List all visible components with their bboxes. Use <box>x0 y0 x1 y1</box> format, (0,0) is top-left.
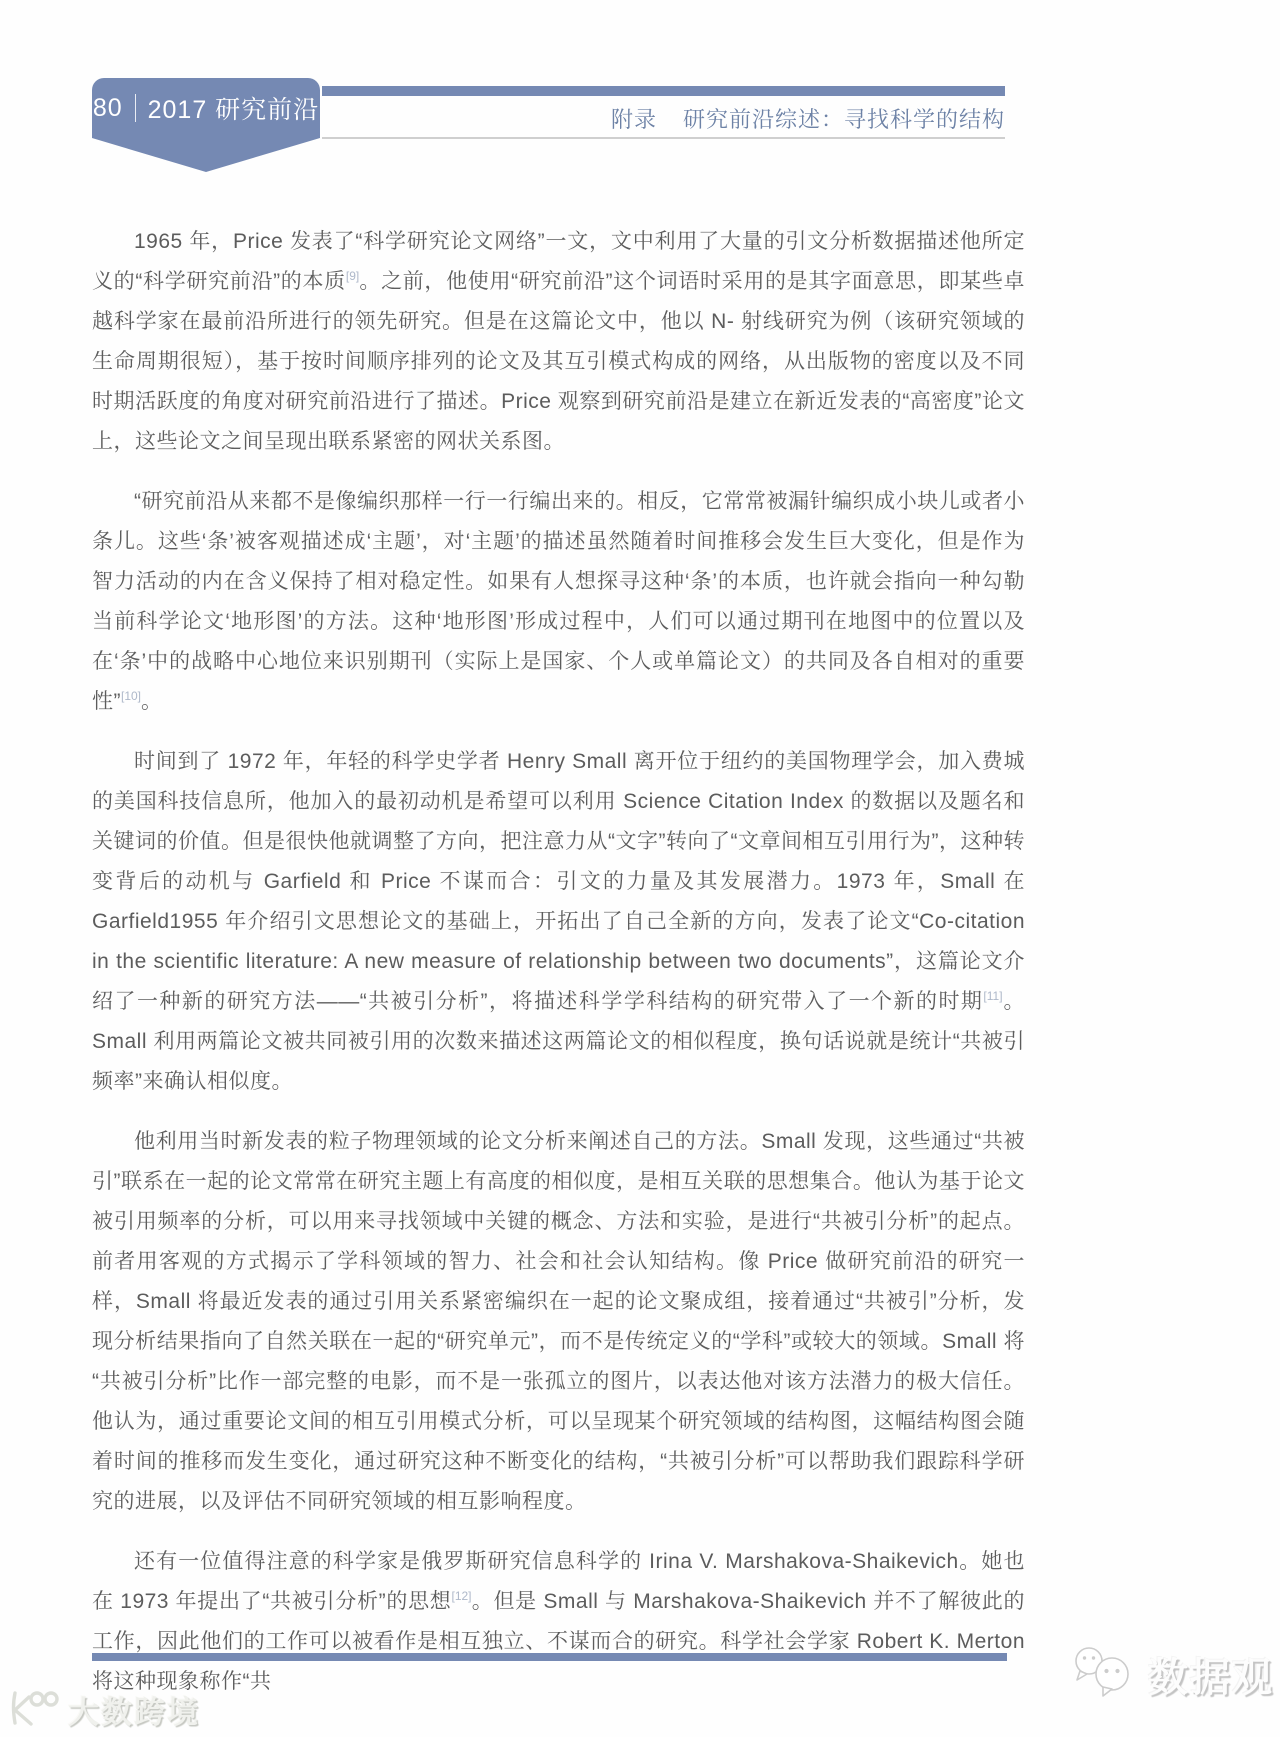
paragraph: 1965 年，Price 发表了“科学研究论文网络”一文，文中利用了大量的引文分… <box>92 222 1025 462</box>
paragraph: 还有一位值得注意的科学家是俄罗斯研究信息科学的 Irina V. Marshak… <box>92 1542 1025 1702</box>
watermark-text: 大数跨境 <box>68 1687 200 1732</box>
ribbon-body: 80 2017 研究前沿 <box>92 78 320 138</box>
text-run: 他利用当时新发表的粒子物理领域的论文分析来阐述自己的方法。Small 发现，这些… <box>92 1130 1025 1513</box>
header-rule <box>322 137 1005 139</box>
dashukuajing-logo-icon <box>6 1686 60 1733</box>
header-accent-bar <box>322 86 1005 96</box>
wechat-icon <box>1072 1645 1138 1704</box>
section-label: 附录 <box>611 107 657 132</box>
paragraph: “研究前沿从来都不是像编织那样一行一行编出来的。相反，它常常被漏针编织成小块儿或… <box>92 482 1025 722</box>
citation-ref: [12] <box>452 1589 472 1603</box>
text-run: “研究前沿从来都不是像编织那样一行一行编出来的。相反，它常常被漏针编织成小块儿或… <box>92 490 1025 713</box>
section-heading: 附录研究前沿综述：寻找科学的结构 <box>611 103 1005 134</box>
ribbon-tail <box>92 138 320 172</box>
watermark-shujuguan: 数据观 <box>1072 1645 1274 1704</box>
text-run: 。 <box>141 690 163 713</box>
section-title: 研究前沿综述：寻找科学的结构 <box>683 107 1005 132</box>
page-number-ribbon: 80 2017 研究前沿 <box>92 78 320 172</box>
header-divider <box>135 94 136 122</box>
watermark-text: 数据观 <box>1148 1646 1274 1703</box>
page: 80 2017 研究前沿 附录研究前沿综述：寻找科学的结构 1965 年，Pri… <box>0 0 1280 1737</box>
footer-accent-bar <box>92 1653 1007 1661</box>
citation-ref: [10] <box>121 689 141 703</box>
citation-ref: [9] <box>346 269 359 283</box>
citation-ref: [11] <box>983 989 1002 1003</box>
text-run: 。之前，他使用“研究前沿”这个词语时采用的是其字面意思，即某些卓越科学家在最前沿… <box>92 270 1025 453</box>
report-title: 2017 研究前沿 <box>148 90 320 126</box>
watermark-dashukuajing: 大数跨境 <box>6 1686 200 1733</box>
text-run: 时间到了 1972 年，年轻的科学史学者 Henry Small 离开位于纽约的… <box>92 750 1025 1013</box>
paragraph: 时间到了 1972 年，年轻的科学史学者 Henry Small 离开位于纽约的… <box>92 742 1025 1102</box>
article: 1965 年，Price 发表了“科学研究论文网络”一文，文中利用了大量的引文分… <box>92 222 1025 1722</box>
paragraph: 他利用当时新发表的粒子物理领域的论文分析来阐述自己的方法。Small 发现，这些… <box>92 1122 1025 1522</box>
page-number: 80 <box>93 94 123 123</box>
